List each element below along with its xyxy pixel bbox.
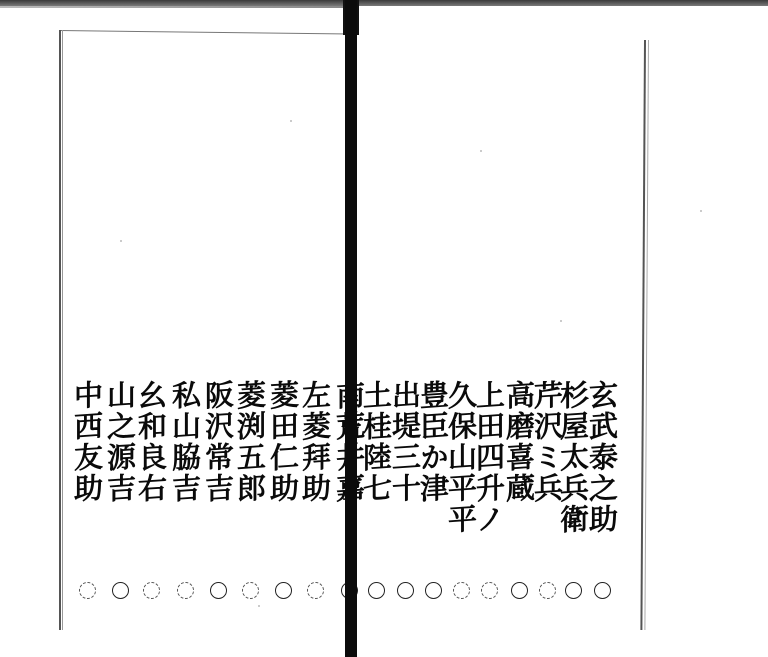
circle-mark-icon bbox=[511, 582, 528, 599]
name-column: 芹沢ミ兵 bbox=[532, 380, 562, 599]
name-column: 出堤三十 bbox=[390, 380, 420, 599]
column-text: 豊臣か津 bbox=[418, 379, 448, 581]
circle-mark-icon bbox=[481, 582, 498, 599]
column-text: 左菱拜助 bbox=[300, 379, 330, 581]
column-text: 山之源吉 bbox=[105, 379, 135, 581]
circle-mark-icon bbox=[539, 582, 556, 599]
circle-mark-icon bbox=[565, 582, 582, 599]
name-column: 菱渕五郎 bbox=[235, 380, 265, 599]
name-column: 高磨喜蔵 bbox=[504, 380, 534, 599]
handwritten-name-columns: 玄武泰之助杉屋太兵衛芹沢ミ兵高磨喜蔵上田四升ノ久保山平平豊臣か津出堤三十土桂陸七… bbox=[0, 380, 768, 610]
scan-speck bbox=[258, 605, 260, 607]
name-column: 上田四升ノ bbox=[474, 380, 504, 599]
scan-speck bbox=[700, 210, 702, 212]
scan-top-shadow bbox=[0, 6, 345, 8]
column-text: 幺和良右 bbox=[136, 379, 166, 581]
book-binding-gutter bbox=[345, 0, 357, 657]
circle-mark-icon bbox=[453, 582, 470, 599]
name-column: 玄武泰之助 bbox=[587, 380, 617, 599]
scan-speck bbox=[290, 120, 292, 122]
circle-mark-icon bbox=[425, 582, 442, 599]
circle-mark-icon bbox=[210, 582, 227, 599]
name-column: 豊臣か津 bbox=[418, 380, 448, 599]
circle-mark-icon bbox=[112, 582, 129, 599]
name-column: 山之源吉 bbox=[105, 380, 135, 599]
column-text: 上田四升ノ bbox=[474, 379, 504, 581]
column-text: 菱田仁助 bbox=[268, 379, 298, 581]
name-column: 私山脇吉 bbox=[170, 380, 200, 599]
circle-mark-icon bbox=[368, 582, 385, 599]
name-column: 中西友助 bbox=[72, 380, 102, 599]
scan-speck bbox=[560, 320, 562, 322]
circle-mark-icon bbox=[275, 582, 292, 599]
left-page-top-border bbox=[60, 30, 350, 35]
circle-mark-icon bbox=[143, 582, 160, 599]
column-text: 玄武泰之助 bbox=[587, 379, 617, 581]
circle-mark-icon bbox=[79, 582, 96, 599]
column-text: 高磨喜蔵 bbox=[504, 379, 534, 581]
circle-mark-icon bbox=[307, 582, 324, 599]
name-column: 幺和良右 bbox=[136, 380, 166, 599]
column-text: 久保山平平 bbox=[446, 379, 476, 581]
column-text: 阪沢常吉 bbox=[203, 379, 233, 581]
scan-speck bbox=[480, 150, 482, 152]
name-column: 久保山平平 bbox=[446, 380, 476, 599]
circle-mark-icon bbox=[177, 582, 194, 599]
circle-mark-icon bbox=[594, 582, 611, 599]
name-column: 阪沢常吉 bbox=[203, 380, 233, 599]
column-text: 菱渕五郎 bbox=[235, 379, 265, 581]
scan-speck bbox=[120, 240, 122, 242]
column-text: 私山脇吉 bbox=[170, 379, 200, 581]
column-text: 中西友助 bbox=[72, 379, 102, 581]
column-text: 出堤三十 bbox=[390, 379, 420, 581]
name-column: 菱田仁助 bbox=[268, 380, 298, 599]
circle-mark-icon bbox=[397, 582, 414, 599]
circle-mark-icon bbox=[242, 582, 259, 599]
name-column: 左菱拜助 bbox=[300, 380, 330, 599]
column-text: 芹沢ミ兵 bbox=[532, 379, 562, 581]
